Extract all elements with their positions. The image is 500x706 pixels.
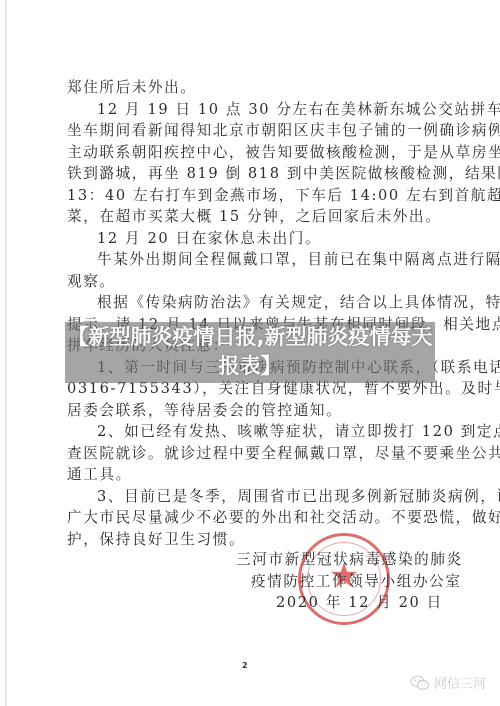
- signature-org-line1: 三河市新型冠状病毒感染的肺炎: [236, 549, 463, 571]
- wechat-icon: [410, 675, 430, 691]
- signature-date: 2020 年 12 月 20 日: [276, 592, 443, 614]
- doc-line: 查医院就诊。就诊过程中要全程佩戴口罩，尽量不要乘坐公共交: [67, 443, 439, 465]
- doc-line: 观察。: [67, 271, 439, 293]
- doc-line: 郑住所后未外出。: [67, 77, 439, 99]
- doc-line: 12 月 19 日 10 点 30 分左右在美林新东城公交站拼车到草房，: [67, 99, 439, 121]
- doc-line: 牛某外出期间全程佩戴口罩，目前已在集中隔离点进行隔离: [67, 249, 439, 271]
- doc-line: 通工具。: [67, 464, 439, 486]
- doc-line: 菜，在超市买菜大概 15 分钟，之后回家后未外出。: [67, 206, 439, 228]
- doc-line: 广大市民尽量减少不必要的外出和社交活动。不要恐慌，做好防: [67, 507, 439, 529]
- doc-line: 护，保持良好卫生习惯。: [67, 529, 439, 551]
- watermark: 网信三河: [410, 673, 486, 692]
- banner-title: 【新型肺炎疫情日报,新型肺炎疫情每天报表】: [65, 323, 435, 381]
- page-edge: [5, 0, 7, 706]
- signature-org-line2: 疫情防控工作领导小组办公室: [251, 571, 462, 593]
- doc-line: 铁到潞城，再坐 819 倒 818 到中美医院做核酸检测，结果阴性。: [67, 163, 439, 185]
- page-number: 2: [242, 661, 248, 670]
- document-body: 郑住所后未外出。 12 月 19 日 10 点 30 分左右在美林新东城公交站拼…: [67, 77, 439, 550]
- doc-line: 坐车期间看新闻得知北京市朝阳区庆丰包子铺的一例确诊病例，: [67, 120, 439, 142]
- doc-line: 3、目前已是冬季，周围省市已出现多例新冠肺炎病例，请: [67, 486, 439, 508]
- doc-line: 12 月 20 日在家休息未出门。: [67, 228, 439, 250]
- doc-line: 主动联系朝阳疾控中心，被告知要做核酸检测，于是从草房坐地: [67, 142, 439, 164]
- doc-line: 13：40 左右打车到金燕市场，下车后 14:00 左右到首航超市买: [67, 185, 439, 207]
- doc-line: 根据《传染病防治法》有关规定，结合以上具体情况，特此: [67, 292, 439, 314]
- doc-line: 居委会联系，等待居委会的管控通知。: [67, 400, 439, 422]
- doc-line: 2、如已经有发热、咳嗽等症状，请立即拨打 120 到定点筛: [67, 421, 439, 443]
- watermark-text: 网信三河: [434, 673, 486, 692]
